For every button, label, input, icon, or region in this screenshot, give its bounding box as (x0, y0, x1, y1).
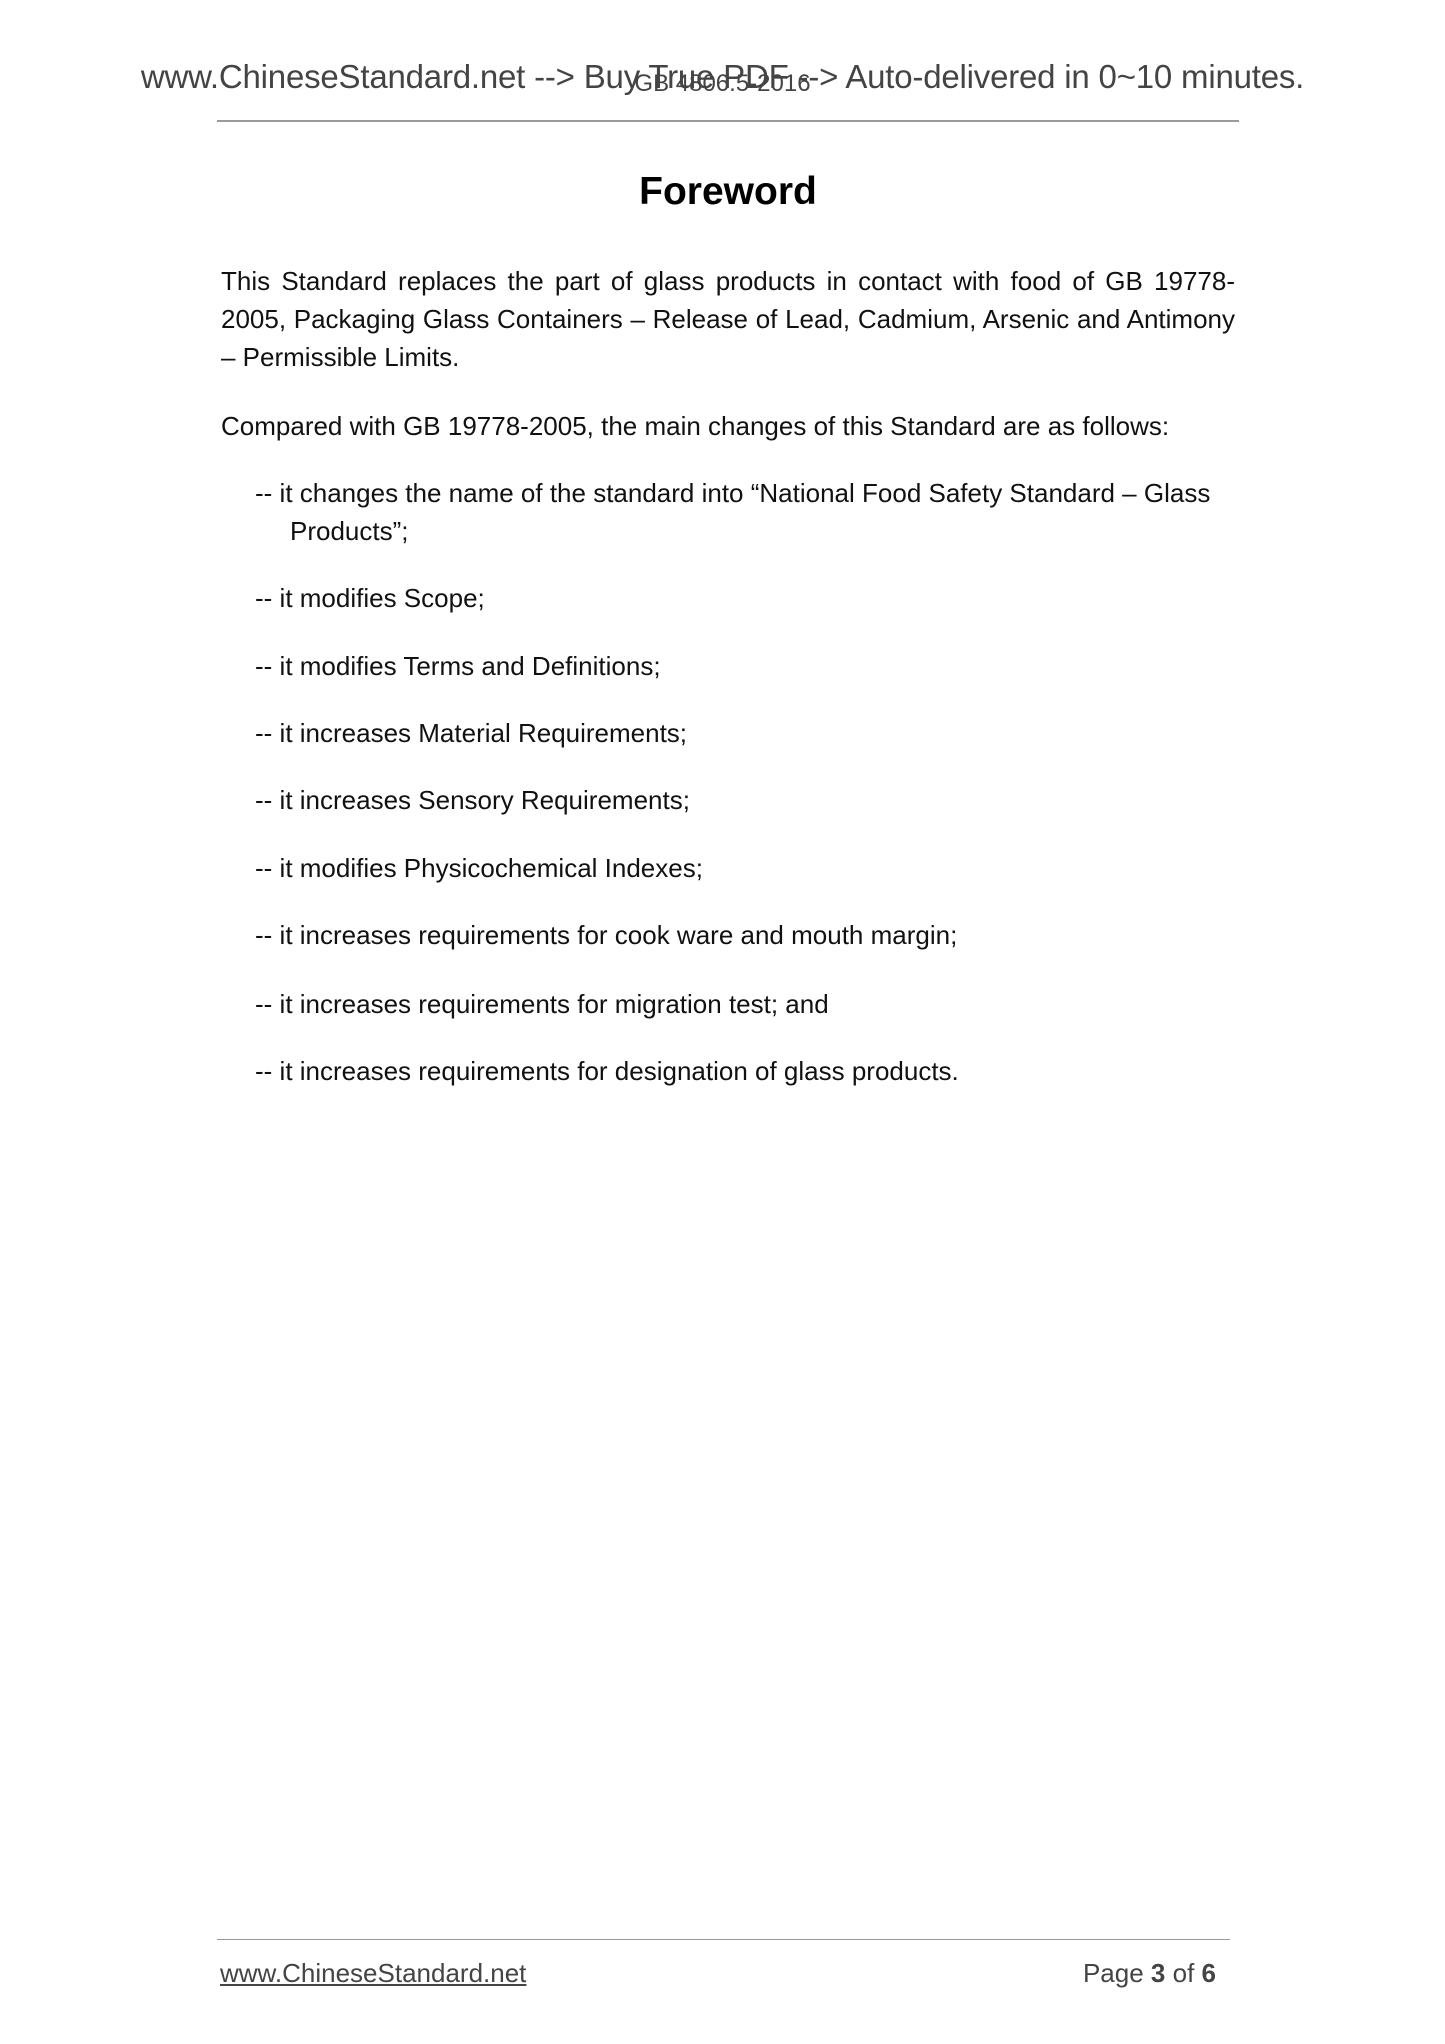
page-current: 3 (1151, 1958, 1165, 1988)
change-item: -- it changes the name of the standard i… (255, 474, 1235, 550)
change-item: -- it increases requirements for migrati… (255, 985, 1235, 1023)
page-total: 6 (1202, 1958, 1216, 1988)
header-divider (217, 120, 1239, 122)
change-item-continuation: Products”; (255, 512, 1235, 550)
page-of: of (1173, 1958, 1195, 1988)
change-item: -- it increases requirements for designa… (255, 1052, 1235, 1090)
page-indicator: Page 3 of 6 (1083, 1958, 1216, 1989)
page-prefix: Page (1083, 1958, 1144, 1988)
document-id: GB 4806.5-2016 (0, 70, 1445, 98)
change-item: -- it increases requirements for cook wa… (255, 916, 1235, 954)
footer-site-link[interactable]: www.ChineseStandard.net (220, 1958, 526, 1989)
change-item-text: -- it changes the name of the standard i… (255, 478, 1210, 508)
change-item: -- it increases Material Requirements; (255, 714, 1235, 752)
change-item: -- it modifies Scope; (255, 579, 1235, 617)
change-item: -- it modifies Terms and Definitions; (255, 647, 1235, 685)
changes-intro-paragraph: Compared with GB 19778-2005, the main ch… (221, 407, 1235, 445)
change-item: -- it increases Sensory Requirements; (255, 781, 1235, 819)
footer-divider (217, 1939, 1230, 1940)
page-title: Foreword (217, 170, 1239, 214)
change-item: -- it modifies Physicochemical Indexes; (255, 849, 1235, 887)
intro-paragraph: This Standard replaces the part of glass… (221, 262, 1235, 376)
